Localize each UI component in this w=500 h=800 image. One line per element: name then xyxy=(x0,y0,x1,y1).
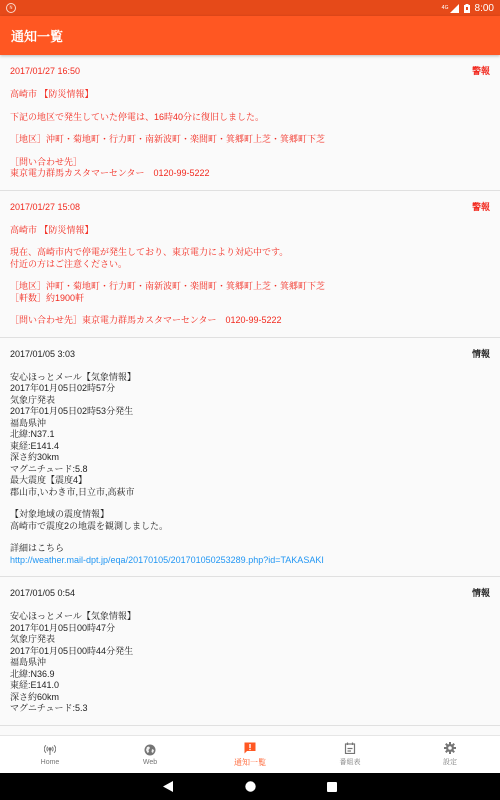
nav-label: 設定 xyxy=(443,757,457,767)
body-line: 安心ほっとメール【気象情報】 xyxy=(10,372,490,384)
body-paragraph: 安心ほっとメール【気象情報】2017年01月05日00時47分気象庁発表2017… xyxy=(10,611,490,715)
notification-body: 高崎市 【防災情報】下記の地区で発生していた停電は、16時40分に復旧しました。… xyxy=(10,89,490,180)
card-header: 2017/01/27 15:08警報 xyxy=(10,202,490,214)
nav-item-notifications[interactable]: 通知一覧 xyxy=(200,736,300,773)
signal-icon xyxy=(450,4,459,13)
body-line: 付近の方はご注意ください。 xyxy=(10,259,490,271)
body-line: 気象庁発表 xyxy=(10,634,490,646)
body-line: マグニチュード:5.8 xyxy=(10,464,490,476)
body-line: 郡山市,いわき市,日立市,高萩市 xyxy=(10,487,490,499)
notification-timestamp: 2017/01/27 16:50 xyxy=(10,66,80,78)
status-time: 8:00 xyxy=(475,3,494,14)
body-line: 気象庁発表 xyxy=(10,395,490,407)
alert-message-icon xyxy=(244,742,256,754)
notification-body: 安心ほっとメール【気象情報】2017年01月05日00時47分気象庁発表2017… xyxy=(10,611,490,715)
body-line: マグニチュード:5.3 xyxy=(10,703,490,715)
nav-item-web[interactable]: Web xyxy=(100,736,200,773)
body-line: ［地区］沖町・菊地町・行力町・南新波町・楽間町・箕郷町上芝・箕郷町下芝 xyxy=(10,281,490,293)
status-bar: N 4G 8:00 xyxy=(0,0,500,16)
body-line: 東経:E141.0 xyxy=(10,680,490,692)
notification-card[interactable]: 2017/01/05 0:54情報安心ほっとメール【気象情報】2017年01月0… xyxy=(0,577,500,726)
body-paragraph: 【対象地域の震度情報】高崎市で震度2の地震を観測しました。 xyxy=(10,509,490,532)
body-line: 詳細はこちら xyxy=(10,543,490,555)
card-header: 2017/01/05 0:54情報 xyxy=(10,588,490,600)
body-line: 深さ約30km xyxy=(10,452,490,464)
body-paragraph: ［問い合わせ先］東京電力群馬カスタマーセンター 0120-99-5222 xyxy=(10,157,490,180)
body-line: 2017年01月05日02時53分発生 xyxy=(10,406,490,418)
body-line: 東京電力群馬カスタマーセンター 0120-99-5222 xyxy=(10,168,490,180)
notification-type-badge: 情報 xyxy=(472,349,490,361)
nfc-icon: N xyxy=(6,3,16,13)
notification-timestamp: 2017/01/05 3:03 xyxy=(10,349,75,361)
body-line: 福島県沖 xyxy=(10,657,490,669)
notification-list[interactable]: 2017/01/27 16:50警報高崎市 【防災情報】下記の地区で発生していた… xyxy=(0,55,500,735)
notification-card[interactable]: 2017/01/05 3:03情報安心ほっとメール【気象情報】2017年01月0… xyxy=(0,338,500,578)
body-line: 2017年01月05日00時44分発生 xyxy=(10,646,490,658)
body-paragraph: ［問い合わせ先］東京電力群馬カスタマーセンター 0120-99-5222 xyxy=(10,315,490,327)
body-line: 高崎市 【防災情報】 xyxy=(10,89,490,101)
nav-label: 通知一覧 xyxy=(234,757,266,768)
notification-type-badge: 情報 xyxy=(472,588,490,600)
notification-card[interactable]: 2017/01/27 16:50警報高崎市 【防災情報】下記の地区で発生していた… xyxy=(0,55,500,191)
body-line: 福島県沖 xyxy=(10,418,490,430)
notification-timestamp: 2017/01/05 0:54 xyxy=(10,588,75,600)
gear-icon xyxy=(444,742,456,754)
body-line: ［問い合わせ先］東京電力群馬カスタマーセンター 0120-99-5222 xyxy=(10,315,490,327)
body-paragraph: ［地区］沖町・菊地町・行力町・南新波町・楽間町・箕郷町上芝・箕郷町下芝［軒数］約… xyxy=(10,281,490,304)
body-line: ［問い合わせ先］ xyxy=(10,157,490,169)
body-line: ［地区］沖町・菊地町・行力町・南新波町・楽間町・箕郷町上芝・箕郷町下芝 xyxy=(10,134,490,146)
notification-body: 安心ほっとメール【気象情報】2017年01月05日02時57分気象庁発表2017… xyxy=(10,372,490,567)
body-line: 高崎市 【防災情報】 xyxy=(10,225,490,237)
body-line: ［軒数］約1900軒 xyxy=(10,293,490,305)
body-line: 2017年01月05日02時57分 xyxy=(10,383,490,395)
body-paragraph: 高崎市 【防災情報】 xyxy=(10,225,490,237)
nav-label: 番組表 xyxy=(340,757,361,767)
app-bar: 通知一覧 xyxy=(0,16,500,55)
body-paragraph: ［地区］沖町・菊地町・行力町・南新波町・楽間町・箕郷町上芝・箕郷町下芝 xyxy=(10,134,490,146)
notification-body: 高崎市 【防災情報】現在、高崎市内で停電が発生しており、東京電力により対応中です… xyxy=(10,225,490,327)
body-line: 北緯:N37.1 xyxy=(10,429,490,441)
body-line: 最大震度【震度4】 xyxy=(10,475,490,487)
globe-icon xyxy=(144,744,156,756)
body-line: 深さ約60km xyxy=(10,692,490,704)
body-paragraph: 現在、高崎市内で停電が発生しており、東京電力により対応中です。付近の方はご注意く… xyxy=(10,247,490,270)
notification-type-badge: 警報 xyxy=(472,66,490,78)
nav-item-schedule[interactable]: 番組表 xyxy=(300,736,400,773)
radio-tower-icon xyxy=(44,744,56,756)
body-line: 【対象地域の震度情報】 xyxy=(10,509,490,521)
nav-item-home[interactable]: Home xyxy=(0,736,100,773)
card-header: 2017/01/05 3:03情報 xyxy=(10,349,490,361)
system-nav-bar xyxy=(0,773,500,800)
body-paragraph: 高崎市 【防災情報】 xyxy=(10,89,490,101)
body-line: 安心ほっとメール【気象情報】 xyxy=(10,611,490,623)
notification-timestamp: 2017/01/27 15:08 xyxy=(10,202,80,214)
network-type: 4G xyxy=(441,5,448,11)
bottom-nav: Home Web 通知一覧 xyxy=(0,735,500,773)
body-paragraph: 下記の地区で発生していた停電は、16時40分に復旧しました。 xyxy=(10,112,490,124)
body-line: 下記の地区で発生していた停電は、16時40分に復旧しました。 xyxy=(10,112,490,124)
detail-link[interactable]: http://weather.mail-dpt.jp/eqa/20170105/… xyxy=(10,555,490,567)
body-line: 高崎市で震度2の地震を観測しました。 xyxy=(10,521,490,533)
body-paragraph: 詳細はこちらhttp://weather.mail-dpt.jp/eqa/201… xyxy=(10,543,490,566)
nav-label: Web xyxy=(143,759,157,766)
body-line: 東経:E141.4 xyxy=(10,441,490,453)
nav-label: Home xyxy=(41,759,60,766)
notification-type-badge: 警報 xyxy=(472,202,490,214)
home-button[interactable] xyxy=(244,781,256,793)
nav-item-settings[interactable]: 設定 xyxy=(400,736,500,773)
back-button[interactable] xyxy=(162,781,174,793)
body-line: 北緯:N36.9 xyxy=(10,669,490,681)
body-line: 現在、高崎市内で停電が発生しており、東京電力により対応中です。 xyxy=(10,247,490,259)
card-header: 2017/01/27 16:50警報 xyxy=(10,66,490,78)
recents-button[interactable] xyxy=(326,781,338,793)
body-paragraph: 安心ほっとメール【気象情報】2017年01月05日02時57分気象庁発表2017… xyxy=(10,372,490,499)
notification-card[interactable]: 2017/01/27 15:08警報高崎市 【防災情報】現在、高崎市内で停電が発… xyxy=(0,191,500,338)
page-title: 通知一覧 xyxy=(11,26,63,45)
battery-icon xyxy=(464,4,470,13)
body-line: 2017年01月05日00時47分 xyxy=(10,623,490,635)
calendar-icon xyxy=(344,742,356,754)
